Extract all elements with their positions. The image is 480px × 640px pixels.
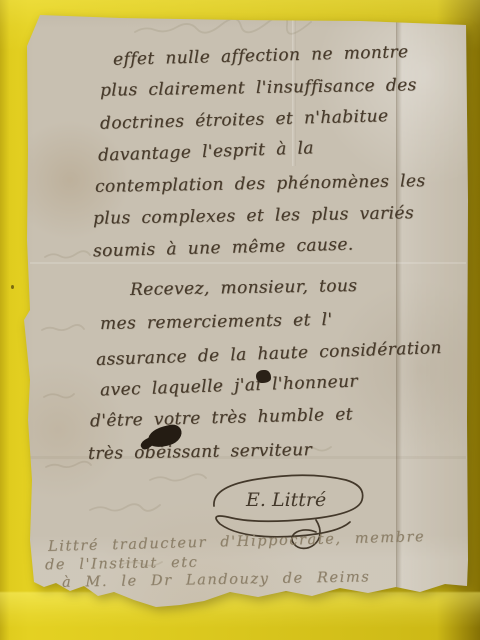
letter-line: Recevez, monsieur, tous [130, 276, 358, 300]
annotation-line: de l'Institut etc [45, 555, 199, 574]
paper-shadow-wrap: effet nulle affection ne montre plus cla… [0, 0, 480, 640]
background-speck [11, 285, 14, 289]
letter-line: mes remerciements et l' [100, 310, 333, 334]
signature-name: E. Littré [245, 489, 326, 511]
yellow-backdrop: effet nulle affection ne montre plus cla… [0, 0, 480, 640]
letter-paper: effet nulle affection ne montre plus cla… [0, 0, 480, 640]
letter-line: très obéissant serviteur [88, 440, 312, 464]
ink-blot-small [256, 370, 271, 383]
